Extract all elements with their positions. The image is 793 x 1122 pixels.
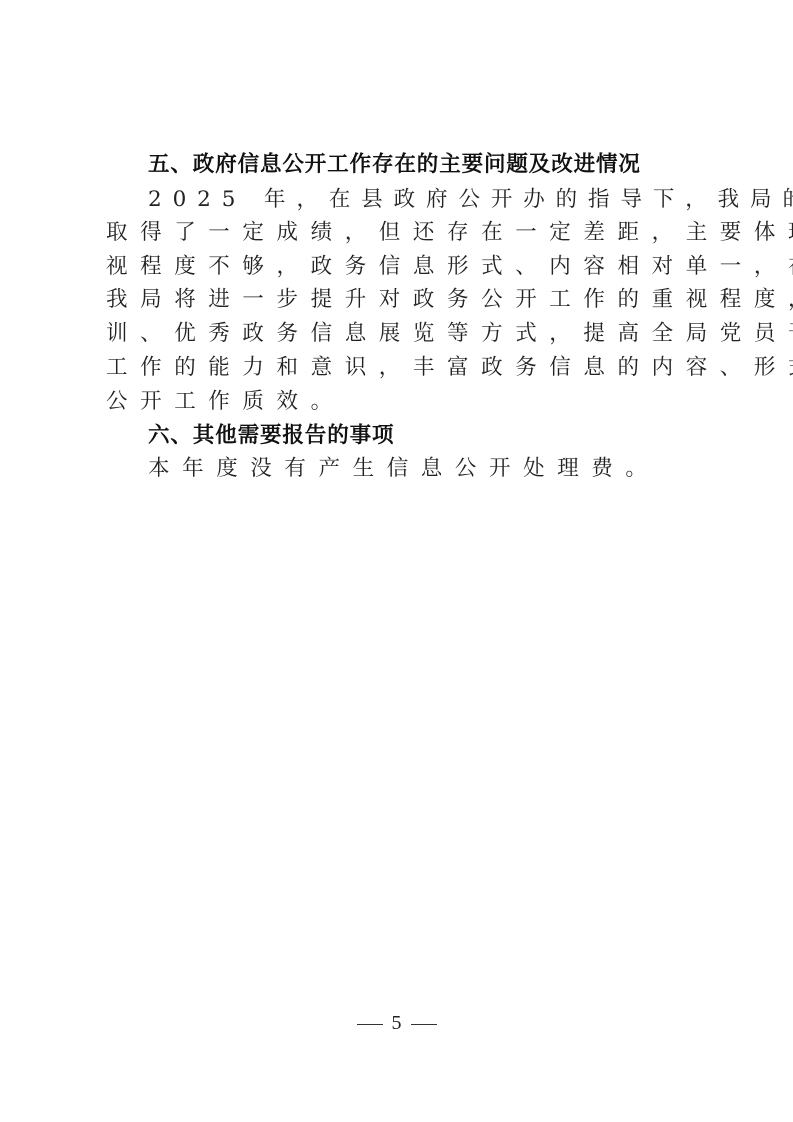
paragraph-line: 取得了一定成绩，但还存在一定差距，主要体现在政务公开的重 (106, 216, 696, 250)
section-heading-5: 五、政府信息公开工作存在的主要问题及改进情况 (148, 148, 641, 182)
document-page: 五、政府信息公开工作存在的主要问题及改进情况 2025 年，在县政府公开办的指导… (0, 0, 793, 1122)
paragraph-line: 2025 年，在县政府公开办的指导下，我局的政务公开工作 (148, 183, 696, 217)
paragraph-line: 训、优秀政务信息展览等方式，提高全局党员干部开展信息公开 (106, 317, 696, 351)
paragraph-line: 工作的能力和意识，丰富政务信息的内容、形式、提升政务信息 (106, 351, 696, 385)
paragraph-line: 本年度没有产生信息公开处理费。 (148, 452, 696, 486)
paragraph-line: 公开工作质效。 (106, 385, 696, 419)
page-number-value: 5 (392, 1012, 402, 1034)
paragraph-line: 视程度不够，政务信息形式、内容相对单一，在今后的工作中， (106, 250, 696, 284)
paragraph-line: 我局将进一步提升对政务公开工作的重视程度，将通过讲座培 (106, 283, 696, 317)
dash-right (411, 1024, 437, 1025)
section-heading-6: 六、其他需要报告的事项 (148, 419, 394, 453)
dash-left (357, 1024, 383, 1025)
page-number: 5 (0, 1008, 793, 1038)
